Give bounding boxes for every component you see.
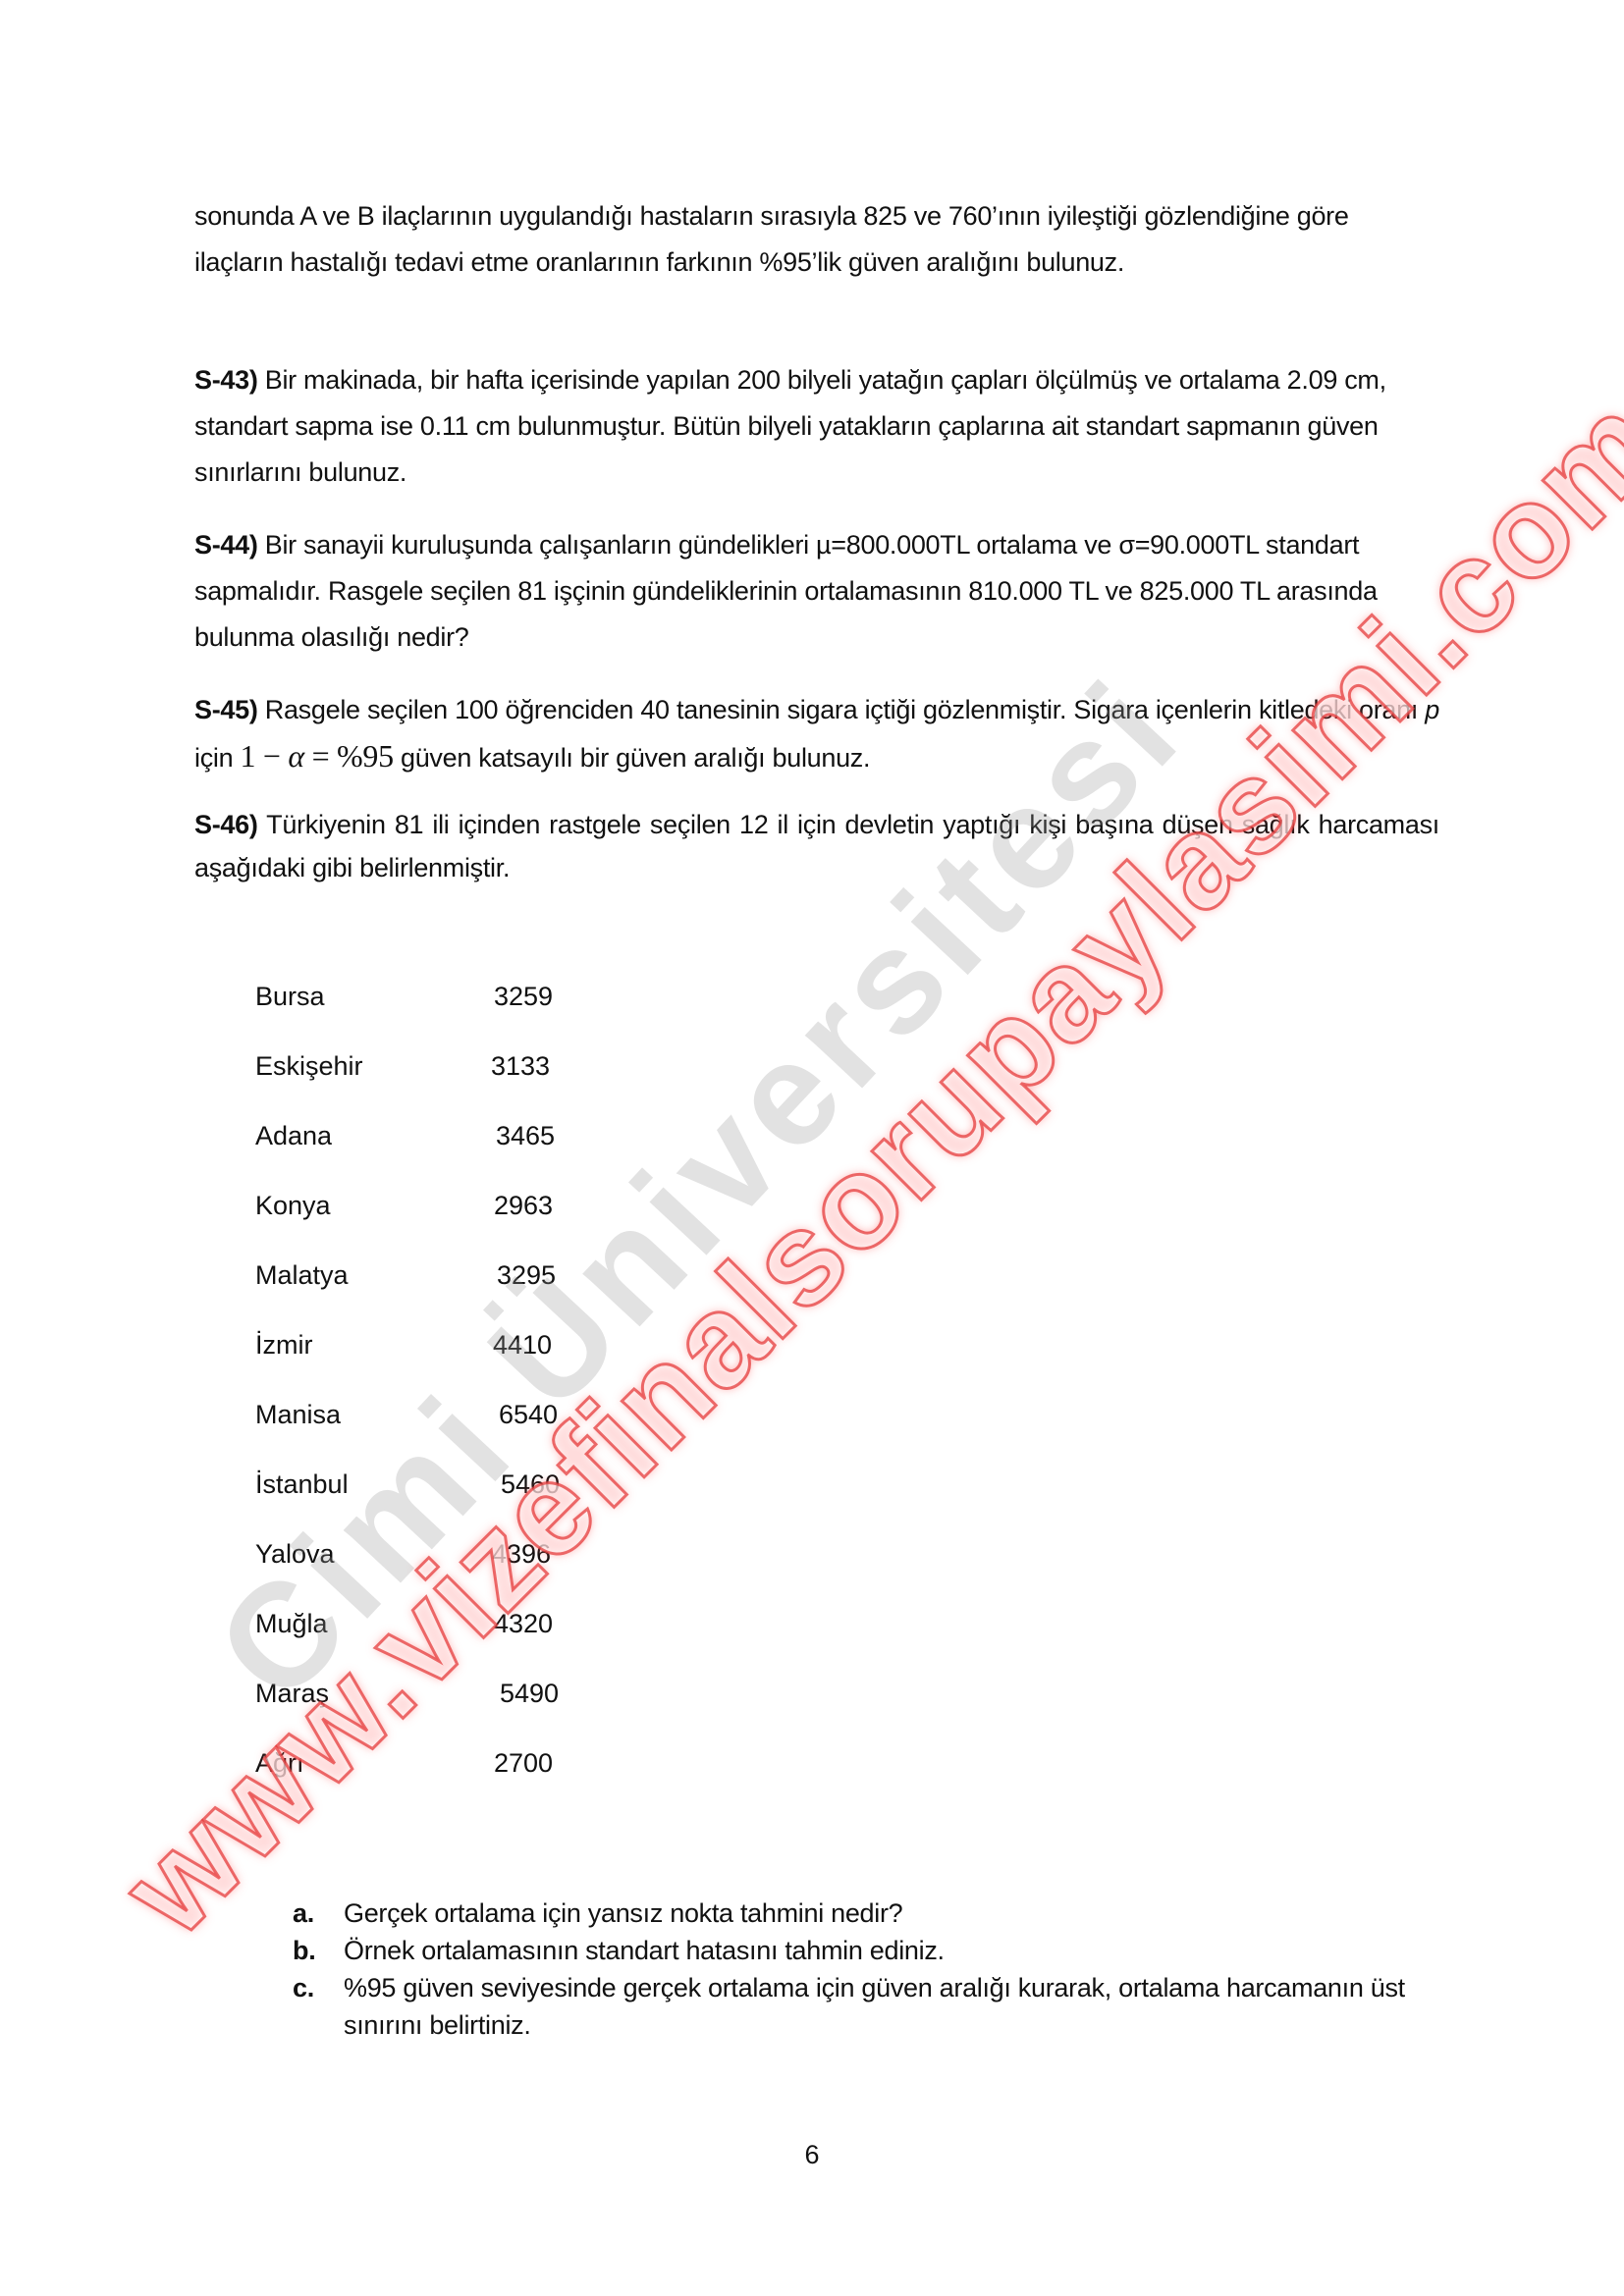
expenditure-value: 3259: [494, 982, 553, 1012]
subquestion-c: c.%95 güven seviyesinde gerçek ortalama …: [293, 1969, 1441, 2044]
subquestion-a: a.Gerçek ortalama için yansız nokta tahm…: [293, 1895, 1441, 1932]
table-row: Konya2963: [255, 1191, 609, 1230]
city-name: Manisa: [255, 1400, 341, 1430]
question-number: S-45): [194, 695, 258, 724]
table-row: Eskişehir3133: [255, 1051, 609, 1091]
subquestion-text: Örnek ortalamasının standart hatasını ta…: [344, 1932, 1441, 1969]
table-row: İzmir4410: [255, 1330, 609, 1369]
subquestion-label: b.: [293, 1932, 315, 1969]
question-text: Bir makinada, bir hafta içerisinde yapıl…: [194, 365, 1386, 487]
continuation-paragraph: sonunda A ve B ilaçlarının uygulandığı h…: [194, 193, 1439, 286]
question-text: Bir sanayii kuruluşunda çalışanların gün…: [194, 530, 1378, 652]
city-name: Bursa: [255, 982, 325, 1012]
question-number: S-44): [194, 530, 258, 560]
expenditure-value: 3295: [497, 1260, 556, 1291]
question-s45: S-45) Rasgele seçilen 100 öğrenciden 40 …: [194, 687, 1439, 781]
confidence-formula: 1 − α = %95: [241, 738, 394, 774]
table-row: Adana3465: [255, 1121, 609, 1160]
table-row: İstanbul5460: [255, 1469, 609, 1509]
city-name: Adana: [255, 1121, 332, 1151]
expenditure-value: 4396: [492, 1539, 551, 1570]
subquestion-text: Gerçek ortalama için yansız nokta tahmin…: [344, 1895, 1441, 1932]
expenditure-value: 5490: [500, 1679, 559, 1709]
question-text: için: [194, 743, 233, 773]
table-row: Yalova4396: [255, 1539, 609, 1578]
expenditure-value: 2963: [494, 1191, 553, 1221]
question-text: Rasgele seçilen 100 öğrenciden 40 tanesi…: [265, 695, 1418, 724]
city-name: Eskişehir: [255, 1051, 363, 1082]
question-s43: S-43) Bir makinada, bir hafta içerisinde…: [194, 357, 1439, 496]
city-name: Yalova: [255, 1539, 335, 1570]
city-name: Malatya: [255, 1260, 349, 1291]
table-row: Muğla4320: [255, 1609, 609, 1648]
expenditure-value: 3465: [496, 1121, 555, 1151]
expenditure-value: 5460: [501, 1469, 560, 1500]
expenditure-value: 6540: [499, 1400, 558, 1430]
variable-p: p: [1425, 695, 1439, 724]
subquestion-text: %95 güven seviyesinde gerçek ortalama iç…: [344, 1969, 1441, 2044]
city-name: Konya: [255, 1191, 331, 1221]
city-name: İstanbul: [255, 1469, 349, 1500]
table-row: Manisa6540: [255, 1400, 609, 1439]
subquestion-b: b.Örnek ortalamasının standart hatasını …: [293, 1932, 1441, 1969]
city-name: İzmir: [255, 1330, 312, 1361]
page-number: 6: [0, 2140, 1624, 2170]
table-row: Bursa3259: [255, 982, 609, 1021]
subquestion-label: c.: [293, 1969, 314, 2006]
question-text: Türkiyenin 81 ili içinden rastgele seçil…: [194, 810, 1439, 882]
continuation-text: sonunda A ve B ilaçlarının uygulandığı h…: [194, 201, 1349, 277]
question-text: güven katsayılı bir güven aralığı bulunu…: [401, 743, 870, 773]
question-number: S-43): [194, 365, 258, 395]
question-number: S-46): [194, 810, 258, 839]
city-name: Maraş: [255, 1679, 329, 1709]
table-row: Maraş5490: [255, 1679, 609, 1718]
city-name: Muğla: [255, 1609, 328, 1639]
city-name: Ağrı: [255, 1748, 304, 1779]
expenditure-value: 2700: [494, 1748, 553, 1779]
expenditure-value: 3133: [491, 1051, 550, 1082]
document-page: sonunda A ve B ilaçlarının uygulandığı h…: [0, 0, 1624, 2296]
subquestion-label: a.: [293, 1895, 314, 1932]
question-s44: S-44) Bir sanayii kuruluşunda çalışanlar…: [194, 522, 1439, 661]
question-s46: S-46) Türkiyenin 81 ili içinden rastgele…: [194, 803, 1439, 889]
expenditure-value: 4410: [493, 1330, 552, 1361]
expenditure-value: 4320: [494, 1609, 553, 1639]
table-row: Ağrı2700: [255, 1748, 609, 1788]
table-row: Malatya3295: [255, 1260, 609, 1300]
